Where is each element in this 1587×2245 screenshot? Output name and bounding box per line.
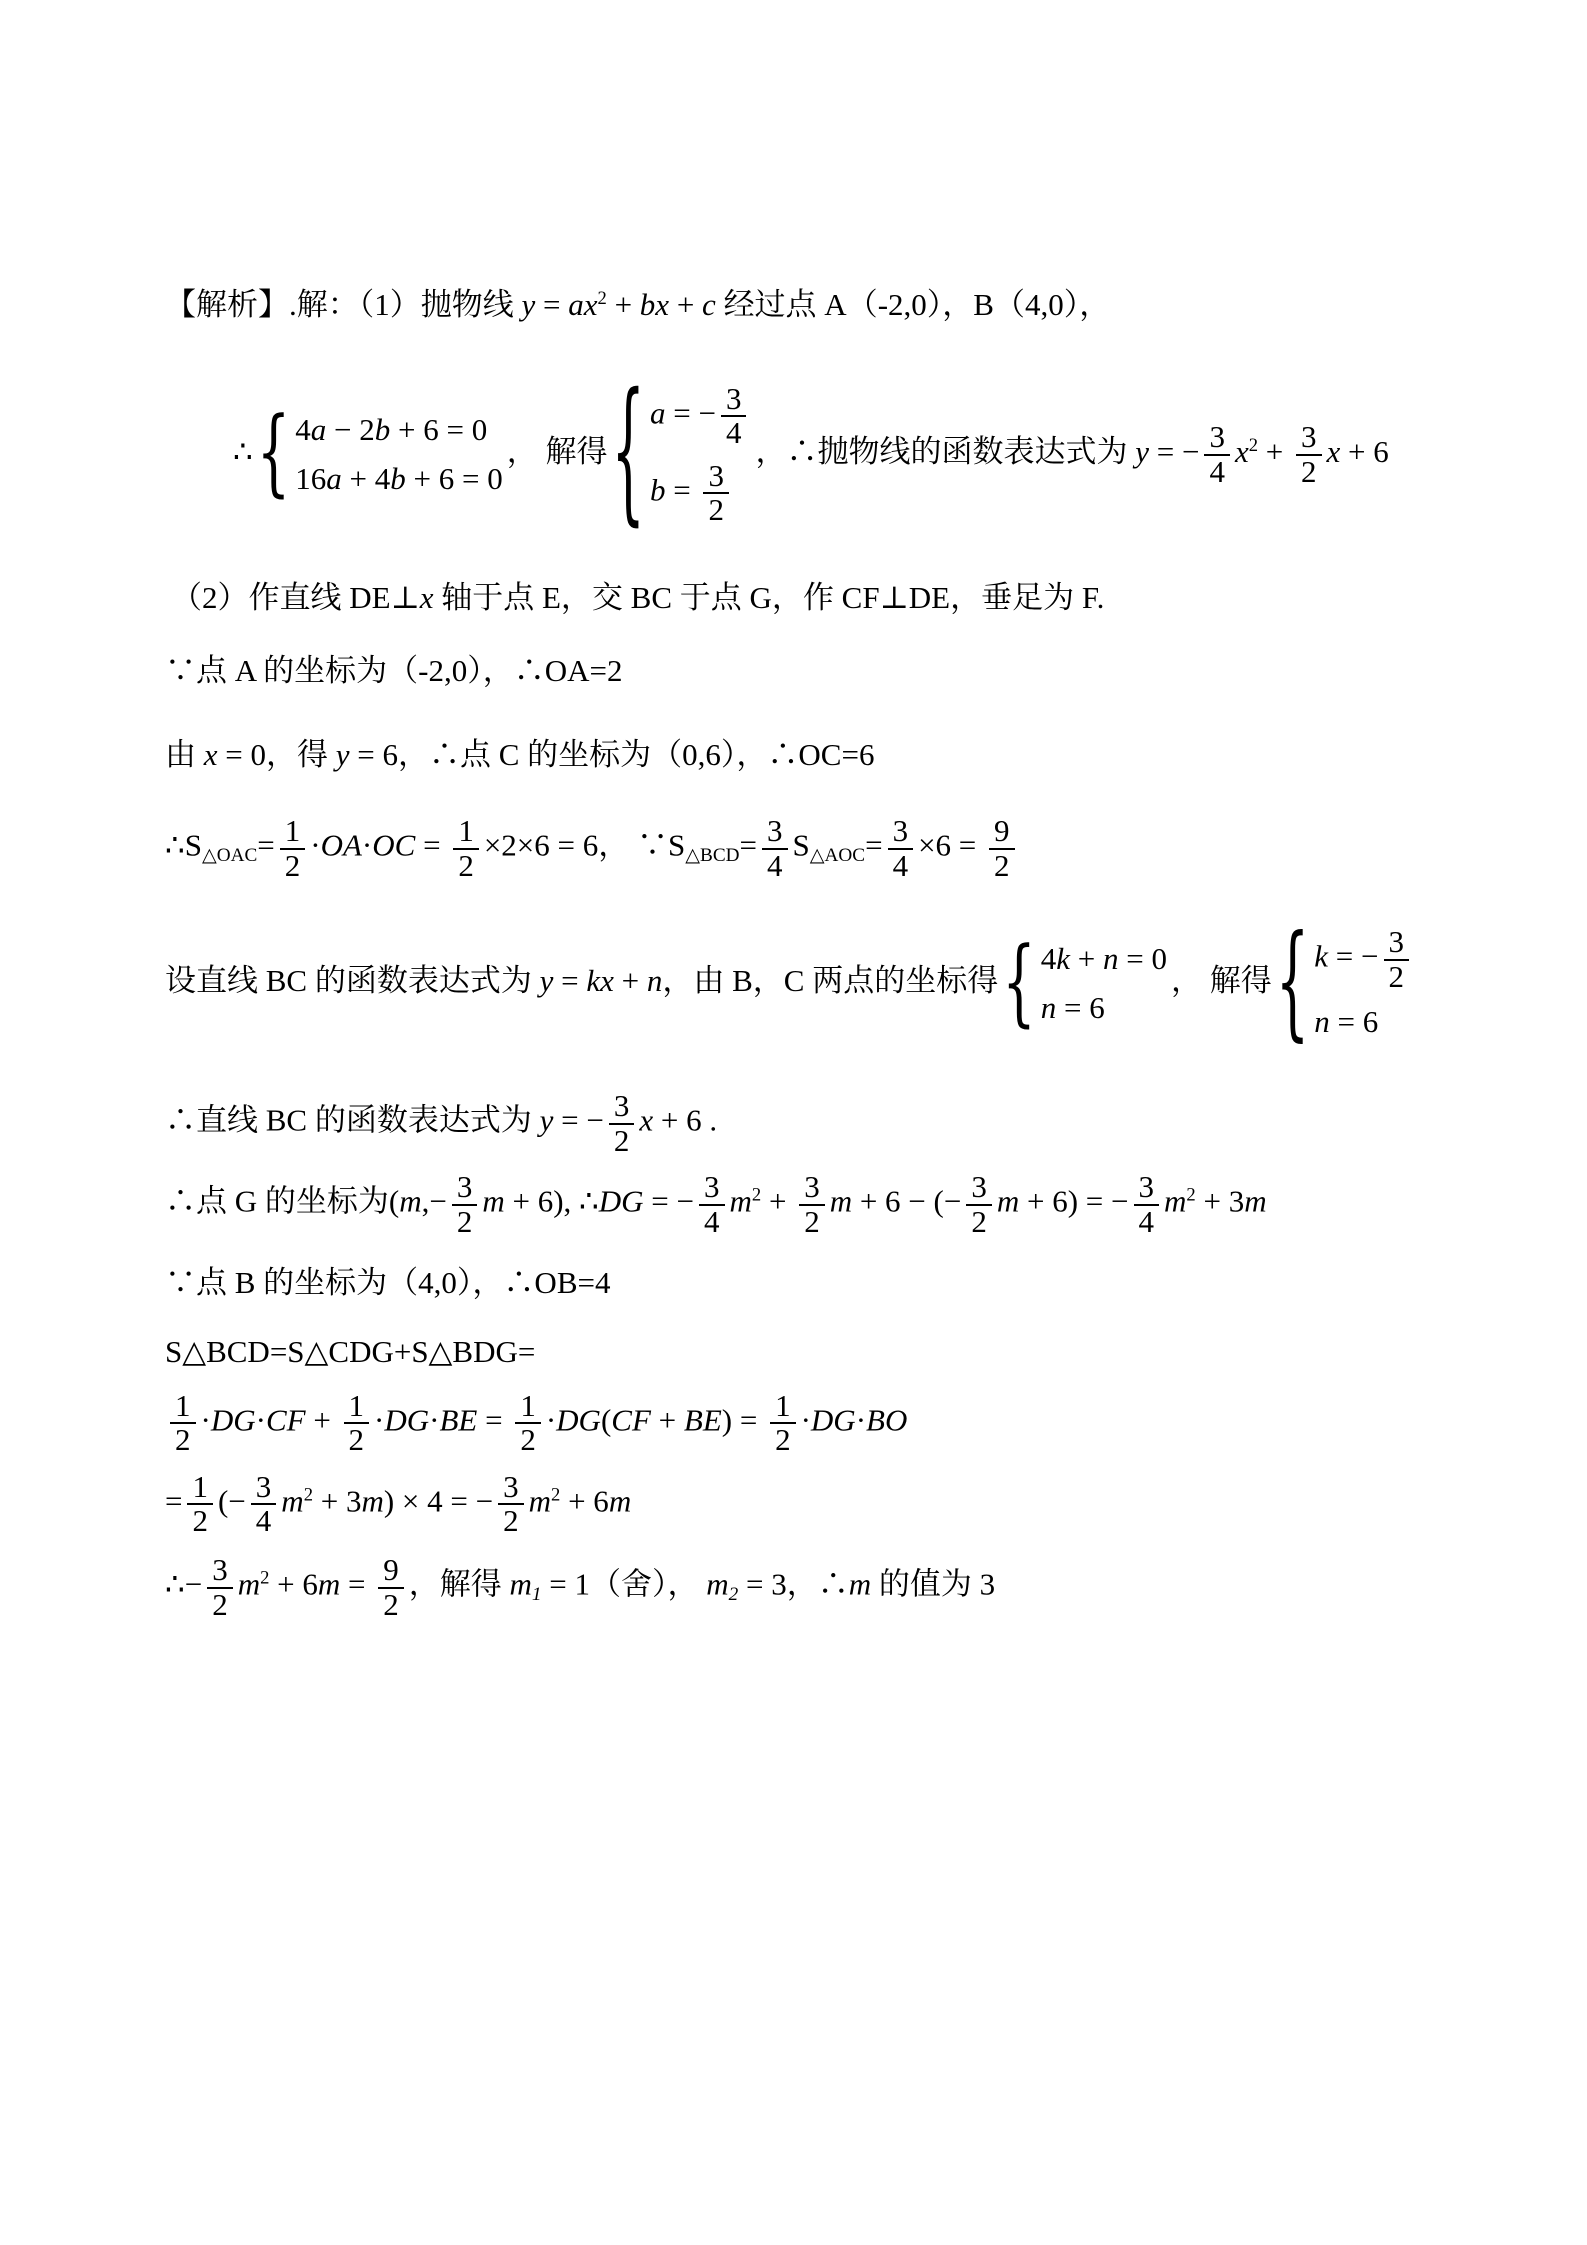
math-text: 由 bbox=[165, 737, 204, 772]
math-text: + bbox=[761, 1184, 794, 1219]
math-text: 【解析】.解：（1）抛物线 bbox=[165, 287, 522, 322]
fraction: 34 bbox=[888, 815, 914, 882]
solution-line-3: （2）作直线 DE⊥x 轴于点 E，交 BC 于点 G，作 CF⊥DE，垂足为 … bbox=[165, 579, 1477, 618]
solution-document-page: 【解析】.解：（1）抛物线 y = ax2 + bx + c 经过点 A（-2,… bbox=[0, 0, 1587, 1621]
math-text: = − bbox=[1149, 434, 1199, 469]
math-text: = 0，得 bbox=[218, 737, 336, 772]
fraction-numerator: 3 bbox=[888, 815, 914, 848]
math-variable: b bbox=[390, 461, 406, 496]
fraction: 34 bbox=[251, 1471, 277, 1538]
superscript: 2 bbox=[551, 1484, 560, 1505]
math-text: + 6 = 0 bbox=[406, 461, 503, 496]
math-text: · bbox=[310, 828, 320, 863]
math-text: = bbox=[740, 828, 757, 863]
math-text: + 3 bbox=[313, 1484, 361, 1519]
fraction-numerator: 3 bbox=[703, 460, 729, 493]
fraction-denominator: 2 bbox=[609, 1123, 635, 1158]
math-text: 经过点 A（-2,0），B（4,0）， bbox=[716, 287, 1110, 322]
fraction: 12 bbox=[170, 1390, 196, 1457]
math-variable: n bbox=[1314, 1004, 1330, 1039]
solution-line-11: S△BCD=S△CDG+S△BDG= bbox=[165, 1333, 1477, 1372]
math-variable: y bbox=[522, 287, 536, 322]
fraction: 32 bbox=[207, 1554, 233, 1621]
solution-line-6: ∴S△OAC=12·OA·OC = 12×2×6 = 6， ∵S△BCD=34S… bbox=[165, 815, 1477, 882]
left-brace: { bbox=[1276, 922, 1310, 1047]
math-variable: CF bbox=[611, 1402, 651, 1437]
fraction: 32 bbox=[1384, 926, 1410, 993]
fraction-denominator: 4 bbox=[721, 415, 747, 450]
fraction-numerator: 3 bbox=[762, 815, 788, 848]
brace-rows: 4a − 2b + 6 = 016a + 4b + 6 = 0 bbox=[290, 411, 502, 499]
math-variable: m bbox=[849, 1567, 871, 1602]
math-variable: b bbox=[375, 412, 391, 447]
math-variable: n bbox=[1041, 990, 1057, 1025]
fraction: 32 bbox=[498, 1471, 524, 1538]
fraction-numerator: 3 bbox=[609, 1090, 635, 1123]
brace-system: {4a − 2b + 6 = 016a + 4b + 6 = 0 bbox=[257, 411, 503, 499]
fraction: 92 bbox=[378, 1554, 404, 1621]
math-text: + 3 bbox=[1196, 1184, 1244, 1219]
math-variable: m bbox=[361, 1484, 383, 1519]
math-variable: BE bbox=[684, 1402, 722, 1437]
math-variable: kx bbox=[586, 963, 614, 998]
math-variable: x bbox=[1235, 434, 1249, 469]
math-variable: x bbox=[1327, 434, 1341, 469]
math-variable: DG bbox=[556, 1402, 601, 1437]
math-text: = bbox=[553, 963, 586, 998]
math-variable: BO bbox=[866, 1402, 907, 1437]
superscript: 2 bbox=[1186, 1185, 1195, 1206]
brace-system: {k = −32n = 6 bbox=[1276, 926, 1414, 1042]
math-variable: m bbox=[706, 1567, 728, 1602]
math-variable: m bbox=[510, 1567, 532, 1602]
brace-row: k = −32 bbox=[1314, 926, 1414, 993]
math-text: · bbox=[362, 828, 372, 863]
fraction-numerator: 3 bbox=[251, 1471, 277, 1504]
fraction-denominator: 2 bbox=[187, 1503, 213, 1538]
subscript: △OAC bbox=[202, 845, 257, 866]
subscript: △AOC bbox=[810, 845, 865, 866]
superscript: 2 bbox=[304, 1484, 313, 1505]
math-variable: m bbox=[1244, 1184, 1266, 1219]
math-text: ,− bbox=[422, 1184, 447, 1219]
math-text: + 6), ∴ bbox=[505, 1184, 599, 1219]
math-variable: a bbox=[311, 412, 327, 447]
fraction-denominator: 2 bbox=[799, 1204, 825, 1239]
brace-rows: a = −34b = 32 bbox=[645, 383, 751, 527]
solution-line-13: =12(−34m2 + 3m) × 4 = −32m2 + 6m bbox=[165, 1471, 1477, 1538]
fraction-denominator: 2 bbox=[207, 1587, 233, 1622]
math-text: · bbox=[801, 1402, 811, 1437]
math-variable: ax bbox=[568, 287, 597, 322]
brace-row: 4a − 2b + 6 = 0 bbox=[295, 411, 487, 450]
math-variable: n bbox=[647, 963, 663, 998]
math-text: = − bbox=[644, 1184, 694, 1219]
solution-line-8: ∴直线 BC 的函数表达式为 y = −32x + 6 . bbox=[165, 1090, 1477, 1157]
fraction: 12 bbox=[187, 1471, 213, 1538]
fraction-numerator: 3 bbox=[1204, 421, 1230, 454]
fraction-numerator: 1 bbox=[344, 1390, 370, 1423]
math-text: − 2 bbox=[326, 412, 374, 447]
math-variable: c bbox=[702, 287, 716, 322]
math-text: + bbox=[1258, 434, 1291, 469]
math-variable: BE bbox=[439, 1402, 477, 1437]
fraction: 32 bbox=[609, 1090, 635, 1157]
brace-row: 16a + 4b + 6 = 0 bbox=[295, 460, 502, 499]
math-variable: m bbox=[997, 1184, 1019, 1219]
fraction-numerator: 3 bbox=[498, 1471, 524, 1504]
math-variable: y bbox=[1135, 434, 1149, 469]
solution-line-5: 由 x = 0，得 y = 6，∴点 C 的坐标为（0,6），∴OC=6 bbox=[165, 736, 1477, 775]
fraction-denominator: 2 bbox=[966, 1204, 992, 1239]
fraction-numerator: 3 bbox=[207, 1554, 233, 1587]
brace-row: 4k + n = 0 bbox=[1041, 940, 1167, 979]
superscript: 2 bbox=[1249, 435, 1258, 456]
math-text: · bbox=[256, 1402, 266, 1437]
math-text: ∴ bbox=[233, 434, 253, 469]
fraction-numerator: 3 bbox=[452, 1171, 478, 1204]
fraction-numerator: 3 bbox=[1296, 421, 1322, 454]
math-text: = bbox=[535, 287, 568, 322]
fraction-numerator: 3 bbox=[699, 1171, 725, 1204]
math-text: ∵点 A 的坐标为（-2,0），∴OA=2 bbox=[165, 653, 623, 688]
math-text: ) = bbox=[722, 1402, 765, 1437]
brace-rows: k = −32n = 6 bbox=[1309, 926, 1414, 1042]
math-text: + bbox=[614, 963, 647, 998]
math-variable: m bbox=[238, 1567, 260, 1602]
math-text: · bbox=[201, 1402, 211, 1437]
fraction-numerator: 9 bbox=[989, 815, 1015, 848]
fraction: 12 bbox=[453, 815, 479, 882]
left-brace: { bbox=[1002, 937, 1036, 1032]
math-variable: y bbox=[336, 737, 350, 772]
superscript: 2 bbox=[752, 1185, 761, 1206]
fraction: 32 bbox=[799, 1171, 825, 1238]
fraction-numerator: 1 bbox=[280, 815, 306, 848]
math-text: = bbox=[477, 1402, 510, 1437]
math-variable: DG bbox=[211, 1402, 256, 1437]
math-variable: n bbox=[1103, 941, 1119, 976]
math-variable: bx bbox=[640, 287, 669, 322]
solution-line-9: ∴点 G 的坐标为(m,−32m + 6), ∴DG = −34m2 + 32m… bbox=[165, 1171, 1477, 1238]
brace-row: b = 32 bbox=[650, 460, 734, 527]
solution-line-7: 设直线 BC 的函数表达式为 y = kx + n，由 B，C 两点的坐标得{4… bbox=[165, 926, 1477, 1042]
math-text: = bbox=[666, 473, 699, 508]
math-text: + 6 − (− bbox=[852, 1184, 961, 1219]
math-text: = 6 bbox=[1330, 1004, 1378, 1039]
fraction-numerator: 3 bbox=[1384, 926, 1410, 959]
math-text: + bbox=[651, 1402, 684, 1437]
math-text: S bbox=[793, 828, 810, 863]
fraction: 34 bbox=[1134, 1171, 1160, 1238]
math-variable: CF bbox=[266, 1402, 306, 1437]
fraction-numerator: 1 bbox=[170, 1390, 196, 1423]
math-variable: a bbox=[650, 395, 666, 430]
math-variable: k bbox=[1056, 941, 1070, 976]
superscript: 2 bbox=[598, 288, 607, 309]
math-text: （2）作直线 DE⊥ bbox=[171, 580, 420, 615]
fraction: 12 bbox=[280, 815, 306, 882]
brace-rows: 4k + n = 0n = 6 bbox=[1036, 940, 1167, 1028]
math-variable: OA bbox=[321, 828, 362, 863]
fraction-denominator: 2 bbox=[170, 1422, 196, 1457]
fraction-numerator: 3 bbox=[721, 383, 747, 416]
math-variable: x bbox=[420, 580, 434, 615]
fraction: 32 bbox=[1296, 421, 1322, 488]
math-text: + 4 bbox=[342, 461, 390, 496]
math-text: ∴S bbox=[165, 828, 202, 863]
fraction: 12 bbox=[344, 1390, 370, 1457]
math-text: ，由 B，C 两点的坐标得 bbox=[662, 963, 998, 998]
math-text: ∵点 B 的坐标为（4,0），∴OB=4 bbox=[165, 1265, 610, 1300]
math-text: = bbox=[415, 828, 448, 863]
subscript: 1 bbox=[532, 1584, 542, 1605]
fraction: 12 bbox=[515, 1390, 541, 1457]
math-text: + bbox=[306, 1402, 339, 1437]
fraction: 32 bbox=[452, 1171, 478, 1238]
fraction-denominator: 2 bbox=[989, 848, 1015, 883]
math-text: ∴直线 BC 的函数表达式为 bbox=[165, 1103, 540, 1138]
math-text: 的值为 3 bbox=[871, 1567, 995, 1602]
math-text: = 6，∴点 C 的坐标为（0,6），∴OC=6 bbox=[350, 737, 875, 772]
solution-line-12: 12·DG·CF + 12·DG·BE = 12·DG(CF + BE) = 1… bbox=[165, 1390, 1477, 1457]
math-variable: m bbox=[609, 1484, 631, 1519]
fraction: 34 bbox=[699, 1171, 725, 1238]
math-text: ) × 4 = − bbox=[384, 1484, 493, 1519]
math-text: ， 解得 bbox=[1171, 963, 1272, 998]
math-text: 设直线 BC 的函数表达式为 bbox=[165, 963, 540, 998]
math-text: = bbox=[865, 828, 882, 863]
fraction-numerator: 1 bbox=[187, 1471, 213, 1504]
fraction-denominator: 2 bbox=[378, 1587, 404, 1622]
math-variable: m bbox=[1164, 1184, 1186, 1219]
solution-line-4: ∵点 A 的坐标为（-2,0），∴OA=2 bbox=[165, 652, 1477, 691]
solution-line-2: ∴{4a − 2b + 6 = 016a + 4b + 6 = 0， 解得{a … bbox=[165, 383, 1477, 527]
fraction-denominator: 4 bbox=[251, 1503, 277, 1538]
math-variable: m bbox=[399, 1184, 421, 1219]
fraction: 32 bbox=[703, 460, 729, 527]
math-variable: b bbox=[650, 473, 666, 508]
math-text: = 0 bbox=[1119, 941, 1167, 976]
math-text: 4 bbox=[295, 412, 311, 447]
fraction-numerator: 1 bbox=[770, 1390, 796, 1423]
math-variable: m bbox=[318, 1567, 340, 1602]
fraction: 32 bbox=[966, 1171, 992, 1238]
math-variable: x bbox=[204, 737, 218, 772]
fraction-denominator: 2 bbox=[515, 1422, 541, 1457]
fraction: 34 bbox=[721, 383, 747, 450]
brace-row: n = 6 bbox=[1041, 989, 1105, 1028]
math-text: ，∴抛物线的函数表达式为 bbox=[755, 434, 1135, 469]
fraction-denominator: 4 bbox=[762, 848, 788, 883]
math-text: · bbox=[546, 1402, 556, 1437]
fraction-denominator: 2 bbox=[344, 1422, 370, 1457]
math-text: + bbox=[607, 287, 640, 322]
math-text: ，解得 bbox=[409, 1567, 510, 1602]
solution-line-14: ∴−32m2 + 6m = 92，解得 m1 = 1（舍）， m2 = 3，∴m… bbox=[165, 1554, 1477, 1621]
math-text: 4 bbox=[1041, 941, 1057, 976]
math-text: = 6 bbox=[1056, 990, 1104, 1025]
fraction-numerator: 3 bbox=[966, 1171, 992, 1204]
fraction-denominator: 4 bbox=[888, 848, 914, 883]
math-text: 轴于点 E，交 BC 于点 G，作 CF⊥DE，垂足为 F. bbox=[434, 580, 1105, 615]
fraction: 12 bbox=[770, 1390, 796, 1457]
math-text: · bbox=[429, 1402, 439, 1437]
math-text: · bbox=[856, 1402, 866, 1437]
math-text: ∴点 G 的坐标为( bbox=[165, 1184, 399, 1219]
fraction-numerator: 9 bbox=[378, 1554, 404, 1587]
math-text: + 6 . bbox=[653, 1103, 717, 1138]
fraction: 34 bbox=[1204, 421, 1230, 488]
fraction: 34 bbox=[762, 815, 788, 882]
math-variable: m bbox=[830, 1184, 852, 1219]
fraction-denominator: 4 bbox=[1134, 1204, 1160, 1239]
left-brace: { bbox=[611, 378, 645, 533]
math-text: · bbox=[374, 1402, 384, 1437]
fraction-denominator: 4 bbox=[1204, 454, 1230, 489]
math-text: + 6 bbox=[1340, 434, 1388, 469]
fraction-denominator: 4 bbox=[699, 1204, 725, 1239]
math-text: = bbox=[165, 1484, 182, 1519]
fraction-denominator: 2 bbox=[770, 1422, 796, 1457]
fraction-denominator: 2 bbox=[1296, 454, 1322, 489]
math-variable: DG bbox=[811, 1402, 856, 1437]
superscript: 2 bbox=[260, 1568, 269, 1589]
math-text: ， 解得 bbox=[507, 434, 608, 469]
math-variable: m bbox=[730, 1184, 752, 1219]
subscript: 2 bbox=[729, 1584, 739, 1605]
brace-row: a = −34 bbox=[650, 383, 751, 450]
math-text: ( bbox=[601, 1402, 611, 1437]
math-variable: y bbox=[540, 963, 554, 998]
math-text: (− bbox=[218, 1484, 246, 1519]
fraction-denominator: 2 bbox=[498, 1503, 524, 1538]
math-text: = − bbox=[553, 1103, 603, 1138]
math-text: ×2×6 = 6， ∵S bbox=[484, 828, 685, 863]
brace-row: n = 6 bbox=[1314, 1003, 1378, 1042]
fraction-numerator: 1 bbox=[515, 1390, 541, 1423]
brace-system: {4k + n = 0n = 6 bbox=[1002, 940, 1167, 1028]
fraction-numerator: 3 bbox=[1134, 1171, 1160, 1204]
solution-line-10: ∵点 B 的坐标为（4,0），∴OB=4 bbox=[165, 1264, 1477, 1303]
math-variable: k bbox=[1314, 939, 1328, 974]
math-text: 16 bbox=[295, 461, 326, 496]
math-text: + 6 bbox=[269, 1567, 317, 1602]
math-text: + bbox=[669, 287, 702, 322]
math-text: + bbox=[1070, 941, 1103, 976]
brace-system: {a = −34b = 32 bbox=[611, 383, 751, 527]
left-brace: { bbox=[257, 408, 291, 503]
math-variable: a bbox=[326, 461, 342, 496]
math-variable: m bbox=[482, 1184, 504, 1219]
fraction-denominator: 2 bbox=[280, 848, 306, 883]
math-text: ×6 = bbox=[918, 828, 984, 863]
math-text: + 6) = − bbox=[1019, 1184, 1128, 1219]
math-text: = bbox=[340, 1567, 373, 1602]
fraction-denominator: 2 bbox=[1384, 959, 1410, 994]
fraction-denominator: 2 bbox=[452, 1204, 478, 1239]
fraction-numerator: 1 bbox=[453, 815, 479, 848]
math-variable: m bbox=[529, 1484, 551, 1519]
math-text: S△BCD=S△CDG+S△BDG= bbox=[165, 1334, 535, 1369]
subscript: △BCD bbox=[685, 845, 739, 866]
math-variable: x bbox=[639, 1103, 653, 1138]
math-variable: y bbox=[540, 1103, 554, 1138]
math-text: + 6 = 0 bbox=[390, 412, 487, 447]
math-variable: OC bbox=[372, 828, 415, 863]
fraction-denominator: 2 bbox=[453, 848, 479, 883]
math-variable: DG bbox=[384, 1402, 429, 1437]
fraction: 92 bbox=[989, 815, 1015, 882]
math-text: = − bbox=[1328, 939, 1378, 974]
math-variable: m bbox=[281, 1484, 303, 1519]
math-text: = − bbox=[666, 395, 716, 430]
math-text: + 6 bbox=[560, 1484, 608, 1519]
fraction-numerator: 3 bbox=[799, 1171, 825, 1204]
math-text: = bbox=[257, 828, 274, 863]
math-variable: DG bbox=[599, 1184, 644, 1219]
solution-line-1: 【解析】.解：（1）抛物线 y = ax2 + bx + c 经过点 A（-2,… bbox=[165, 286, 1477, 325]
math-text: = 1（舍）， bbox=[542, 1567, 707, 1602]
fraction-denominator: 2 bbox=[703, 492, 729, 527]
math-text: = 3，∴ bbox=[738, 1567, 848, 1602]
math-text: ∴− bbox=[165, 1567, 202, 1602]
